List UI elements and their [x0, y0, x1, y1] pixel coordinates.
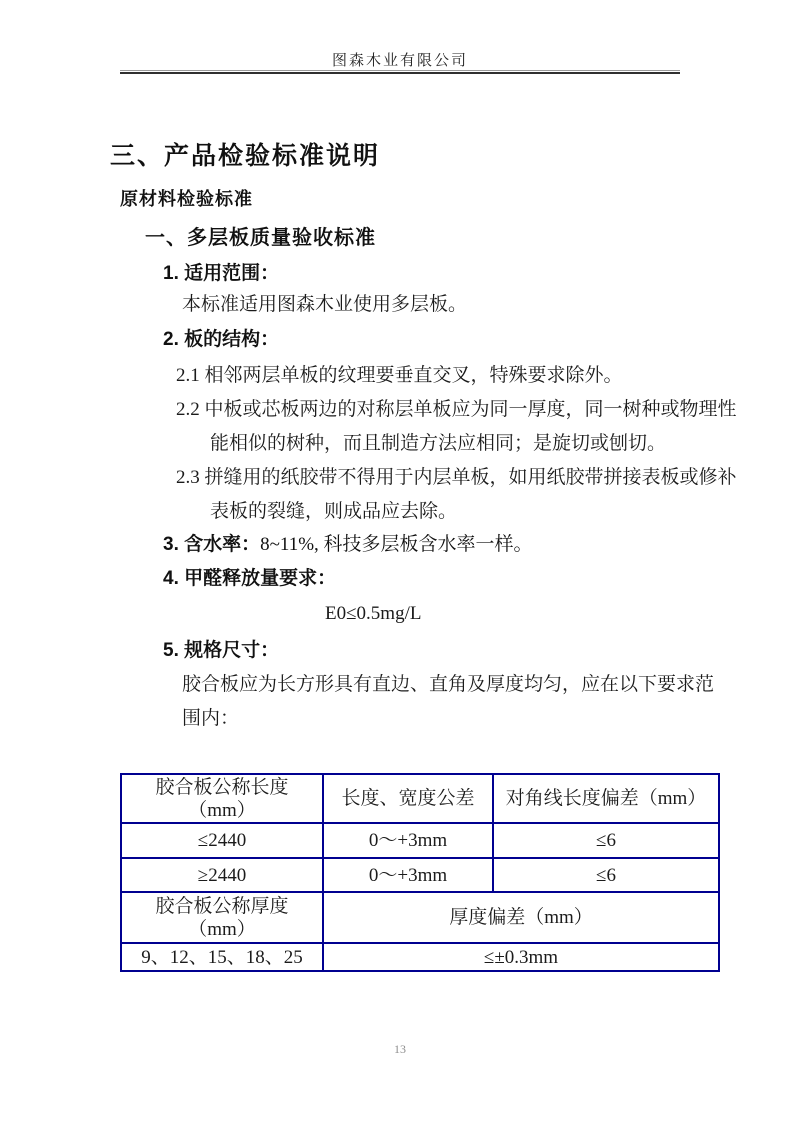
- clause5-text: 胶合板应为长方形具有直边、直角及厚度均匀，应在以下要求范围内：: [182, 668, 722, 736]
- table-cell: 0～+3mm: [323, 823, 493, 858]
- formaldehyde-limit-value: E0≤0.5mg/L: [325, 597, 421, 631]
- table-cell: 0～+3mm: [323, 858, 493, 892]
- clause2-sub3: 2.3 拼缝用的纸胶带不得用于内层单板，如用纸胶带拼接表板或修补表板的裂缝，则成…: [176, 461, 750, 529]
- clause1-text: 本标准适用图森木业使用多层板。: [182, 288, 467, 322]
- category-heading: 原材料检验标准: [120, 185, 253, 211]
- table-row: ≤2440 0～+3mm ≤6: [121, 823, 719, 858]
- dimensions-table: 胶合板公称长度 （mm） 长度、宽度公差 对角线长度偏差（mm） ≤2440 0…: [120, 773, 720, 972]
- clause1-label: 1. 适用范围：: [163, 258, 279, 285]
- table-cell: ≤2440: [121, 823, 323, 858]
- clause2-sub1: 2.1 相邻两层单板的纹理要垂直交叉，特殊要求除外。: [176, 359, 750, 393]
- page-number: 13: [0, 1042, 800, 1057]
- clause2-sub2: 2.2 中板或芯板两边的对称层单板应为同一厚度，同一树种或物理性能相似的树种，而…: [176, 393, 750, 461]
- table-cell: ≤6: [493, 823, 719, 858]
- clause4-label: 4. 甲醛释放量要求：: [163, 563, 336, 590]
- table-cell: ≤6: [493, 858, 719, 892]
- header-rule: [120, 70, 680, 74]
- table-header-diagonal: 对角线长度偏差（mm）: [493, 774, 719, 823]
- table-header-tolerance: 长度、宽度公差: [323, 774, 493, 823]
- clause3-text: 8~11%, 科技多层板含水率一样。: [260, 534, 532, 555]
- table-thickness-header-row: 胶合板公称厚度 （mm） 厚度偏差（mm）: [121, 892, 719, 943]
- clause5-label: 5. 规格尺寸：: [163, 635, 279, 662]
- table-header-thickness-deviation: 厚度偏差（mm）: [323, 892, 719, 943]
- section-heading: 一、多层板质量验收标准: [145, 221, 376, 250]
- table-cell: ≤±0.3mm: [323, 943, 719, 971]
- clause3-line: 3. 含水率：8~11%, 科技多层板含水率一样。: [163, 529, 533, 556]
- table-thickness-values-row: 9、12、15、18、25 ≤±0.3mm: [121, 943, 719, 971]
- header-company-name: 图森木业有限公司: [0, 49, 800, 70]
- clause3-label: 3. 含水率：: [163, 534, 260, 555]
- table-row: ≥2440 0～+3mm ≤6: [121, 858, 719, 892]
- main-title: 三、产品检验标准说明: [110, 136, 380, 172]
- table-header-row: 胶合板公称长度 （mm） 长度、宽度公差 对角线长度偏差（mm）: [121, 774, 719, 823]
- clause2-label: 2. 板的结构：: [163, 324, 279, 351]
- table-cell: ≥2440: [121, 858, 323, 892]
- document-page: 图森木业有限公司 三、产品检验标准说明 原材料检验标准 一、多层板质量验收标准 …: [0, 0, 800, 1131]
- table-header-length: 胶合板公称长度 （mm）: [121, 774, 323, 823]
- table-cell: 9、12、15、18、25: [121, 943, 323, 971]
- table-header-thickness: 胶合板公称厚度 （mm）: [121, 892, 323, 943]
